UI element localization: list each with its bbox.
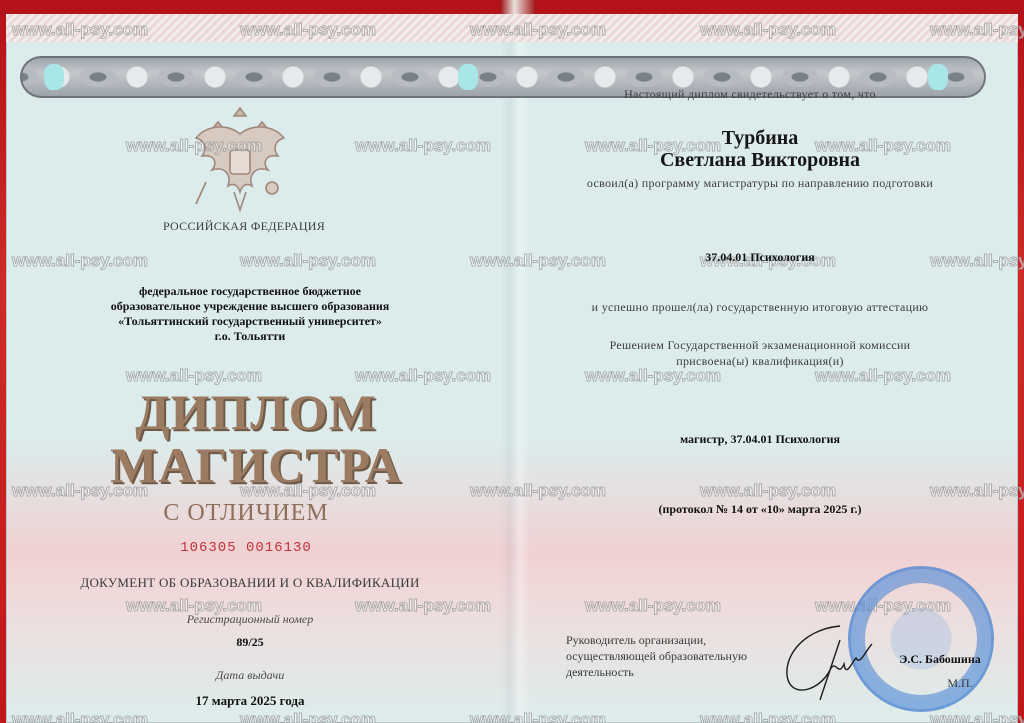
watermark: www.all-psy.com <box>355 366 491 386</box>
decision-line1: Решением Государственной экзаменационной… <box>520 338 1000 353</box>
head-label-line: осуществляющей образовательную <box>566 648 747 664</box>
registration-number: 89/25 <box>40 635 460 650</box>
watermark: www.all-psy.com <box>470 481 606 501</box>
head-label-line: Руководитель организации, <box>566 632 747 648</box>
head-label: Руководитель организации, осуществляющей… <box>566 632 747 680</box>
seal-mark-label: М.П. <box>930 676 990 691</box>
watermark: www.all-psy.com <box>700 20 836 40</box>
diploma-title-line2: МАГИСТРА <box>46 437 466 493</box>
watermark: www.all-psy.com <box>585 596 721 616</box>
institution-line: федеральное государственное бюджетное <box>40 284 460 299</box>
registration-label: Регистрационный номер <box>40 612 460 627</box>
institution-name: федеральное государственное бюджетное об… <box>40 284 460 344</box>
watermark: www.all-psy.com <box>585 366 721 386</box>
watermark: www.all-psy.com <box>700 481 836 501</box>
watermark: www.all-psy.com <box>930 20 1024 40</box>
head-name: Э.С. Бабошина <box>880 652 1000 667</box>
program-text: освоил(а) программу магистратуры по напр… <box>520 176 1000 191</box>
watermark: www.all-psy.com <box>126 136 262 156</box>
watermark: www.all-psy.com <box>12 251 148 271</box>
watermark: www.all-psy.com <box>930 481 1024 501</box>
intro-text: Настоящий диплом свидетельствует о том, … <box>510 87 990 102</box>
watermark: www.all-psy.com <box>930 710 1024 723</box>
protocol: (протокол № 14 от «10» марта 2025 г.) <box>520 502 1000 517</box>
watermark: www.all-psy.com <box>240 251 376 271</box>
double-headed-eagle-emblem-icon <box>188 104 292 214</box>
diploma-title-line1: ДИПЛОМ <box>46 384 466 440</box>
hologram-element <box>458 64 478 90</box>
country-label: РОССИЙСКАЯ ФЕДЕРАЦИЯ <box>34 219 454 234</box>
honors-subtitle: С ОТЛИЧИЕМ <box>36 500 456 527</box>
watermark: www.all-psy.com <box>355 136 491 156</box>
watermark: www.all-psy.com <box>126 366 262 386</box>
serial-number: 106305 0016130 <box>36 540 456 556</box>
graduate-given-names: Светлана Викторовна <box>520 149 1000 171</box>
watermark: www.all-psy.com <box>470 20 606 40</box>
watermark: www.all-psy.com <box>470 710 606 723</box>
hologram-element <box>44 64 64 90</box>
signature-mark <box>780 620 890 700</box>
institution-line: «Тольяттинский государственный университ… <box>40 314 460 329</box>
qualification: магистр, 37.04.01 Психология <box>520 432 1000 447</box>
decision-line2: присвоена(ы) квалификация(и) <box>520 354 1000 369</box>
document-kind: ДОКУМЕНТ ОБ ОБРАЗОВАНИИ И О КВАЛИФИКАЦИИ <box>40 575 460 591</box>
issue-date-label: Дата выдачи <box>40 668 460 683</box>
watermark: www.all-psy.com <box>12 20 148 40</box>
attestation-text: и успешно прошел(ла) государственную ито… <box>520 300 1000 315</box>
watermark: www.all-psy.com <box>12 710 148 723</box>
institution-line: образовательное учреждение высшего образ… <box>40 299 460 314</box>
watermark: www.all-psy.com <box>240 20 376 40</box>
institution-line: г.о. Тольятти <box>40 329 460 344</box>
issue-date: 17 марта 2025 года <box>40 693 460 709</box>
graduate-surname: Турбина <box>520 127 1000 149</box>
watermark: www.all-psy.com <box>815 366 951 386</box>
head-label-line: деятельность <box>566 664 747 680</box>
program-name: 37.04.01 Психология <box>520 250 1000 265</box>
watermark: www.all-psy.com <box>240 710 376 723</box>
watermark: www.all-psy.com <box>700 710 836 723</box>
